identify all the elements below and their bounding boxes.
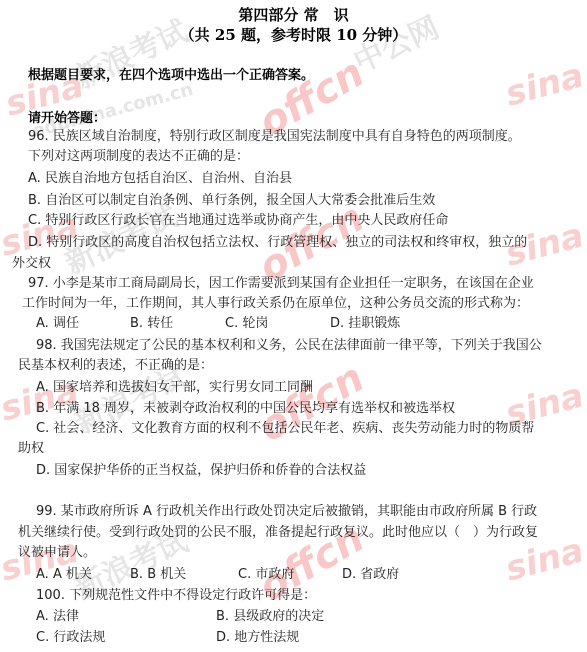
option-a: A. 民族自治地方包括自治区、自治州、自治县 [28,170,292,188]
option-text: 民族自治地方包括自治区、自治州、自治县 [45,171,292,186]
option-label: A. [36,567,49,582]
option-label: D. [28,235,42,250]
sina-watermark-logo: sina [501,55,587,114]
option-d: D. 省政府 [342,566,399,584]
option-b: B. 自治区可以制定自治条例、单行条例，报全国人大常委会批准后生效 [28,192,435,210]
option-a: A. 调任 [36,315,79,333]
option-label: D. [36,463,50,478]
option-text: 市政府 [255,567,294,582]
option-b: B. 县级政府的决定 [216,608,324,626]
option-label: B. [130,316,143,331]
option-label: C. [225,316,238,331]
option-label: A. [28,171,41,186]
option-label: C. [36,421,49,436]
option-text: 行政法规 [53,630,105,645]
option-text: 法律 [53,609,79,624]
section-subtitle: （共 25 题，参考时限 10 分钟） [0,24,587,45]
question-text: 100. 下列规范性文件中不得设定行政许可得是： [36,587,316,605]
option-b: B. B 机关 [130,566,186,584]
option-text: 特别行政区行政长官在当地通过选举或协商产生，由中央人民政府任命 [45,213,448,228]
option-label: C. [36,630,49,645]
question-text: 议被申请人。 [18,544,96,562]
option-label: B. [130,567,143,582]
question-text: 下列对这两项制度的表达不正确的是： [28,148,249,166]
option-label: A. [36,380,49,395]
question-text: 民基本权利的表述，不正确的是： [18,357,213,375]
option-label: B. [36,401,49,416]
option-c: C. 行政法规 [36,629,105,647]
option-text: 社会、经济、文化教育方面的权利不包括公民年老、疾病、丧失劳动能力时的物质帮 [53,421,534,436]
option-c: C. 市政府 [238,566,294,584]
option-text: 国家培养和选拔妇女干部，实行男女同工同酬 [53,380,313,395]
option-text: 转任 [147,316,173,331]
option-d: D. 地方性法规 [216,629,299,647]
option-text: 特别行政区的高度自治权包括立法权、行政管理权、独立的司法权和终审权，独立的 [46,235,527,250]
option-text: 县级政府的决定 [233,609,324,624]
option-a: A. 法律 [36,608,79,626]
option-d: D. 特别行政区的高度自治权包括立法权、行政管理权、独立的司法权和终审权，独立的 [28,234,527,252]
option-text: B 机关 [147,567,186,582]
question-text: 99. 某市政府所诉 A 行政机关作出行政处罚决定后被撤销，其职能由市政府所属 … [36,503,537,521]
option-a: A. 国家培养和选拔妇女干部，实行男女同工同酬 [36,379,313,397]
question-text: 机关继续行使。受到行政处罚的公民不服，准备提起行政复议。此时他应以（ ）为行政复 [18,524,538,542]
instructions-start: 请开始答题： [28,110,106,128]
option-label: C. [28,213,41,228]
instructions-directive: 根据题目要求，在四个选项中选出一个正确答案。 [28,67,314,85]
option-label: A. [36,609,49,624]
option-text: 挂职锻炼 [348,316,400,331]
option-text: 省政府 [360,567,399,582]
option-a: A. A 机关 [36,566,92,584]
option-continuation: 助权 [18,440,44,458]
option-text: A 机关 [53,567,92,582]
option-d: D. 挂职锻炼 [330,315,400,333]
option-c: C. 特别行政区行政长官在当地通过选举或协商产生，由中央人民政府任命 [28,212,448,230]
option-text: 轮岗 [242,316,268,331]
section-title: 第四部分 常 识 [0,4,587,25]
option-label: B. [216,609,229,624]
option-text: 国家保护华侨的正当权益，保护归侨和侨眷的合法权益 [54,463,366,478]
option-c: C. 轮岗 [225,315,268,333]
question-text: 96. 民族区域自治制度，特别行政区制度是我国宪法制度中具有自身特色的两项制度。 [28,128,521,146]
option-text: 调任 [53,316,79,331]
question-text: 98. 我国宪法规定了公民的基本权利和义务，公民在法律面前一律平等，下列关于我国… [36,337,542,355]
option-continuation: 外交权 [12,255,51,273]
option-b: B. 转任 [130,315,173,333]
question-text: 工作时间为一年，工作期间，其人事行政关系仍在原单位，这种公务员交流的形式称为： [22,295,529,313]
option-b: B. 年满 18 周岁，未被剥夺政治权利的中国公民均享有选举权和被选举权 [36,400,455,418]
option-text: 地方性法规 [234,630,299,645]
option-label: D. [216,630,230,645]
option-text: 年满 18 周岁，未被剥夺政治权利的中国公民均享有选举权和被选举权 [53,401,455,416]
question-text: 97. 小李是某市工商局副局长，因工作需要派到某国有企业担任一定职务，在该国在企… [28,275,534,293]
option-label: D. [342,567,356,582]
option-label: D. [330,316,344,331]
option-text: 自治区可以制定自治条例、单行条例，报全国人大常委会批准后生效 [45,193,435,208]
option-d: D. 国家保护华侨的正当权益，保护归侨和侨眷的合法权益 [36,462,366,480]
option-label: C. [238,567,251,582]
option-c: C. 社会、经济、文化教育方面的权利不包括公民年老、疾病、丧失劳动能力时的物质帮 [36,420,534,438]
option-label: A. [36,316,49,331]
option-label: B. [28,193,41,208]
